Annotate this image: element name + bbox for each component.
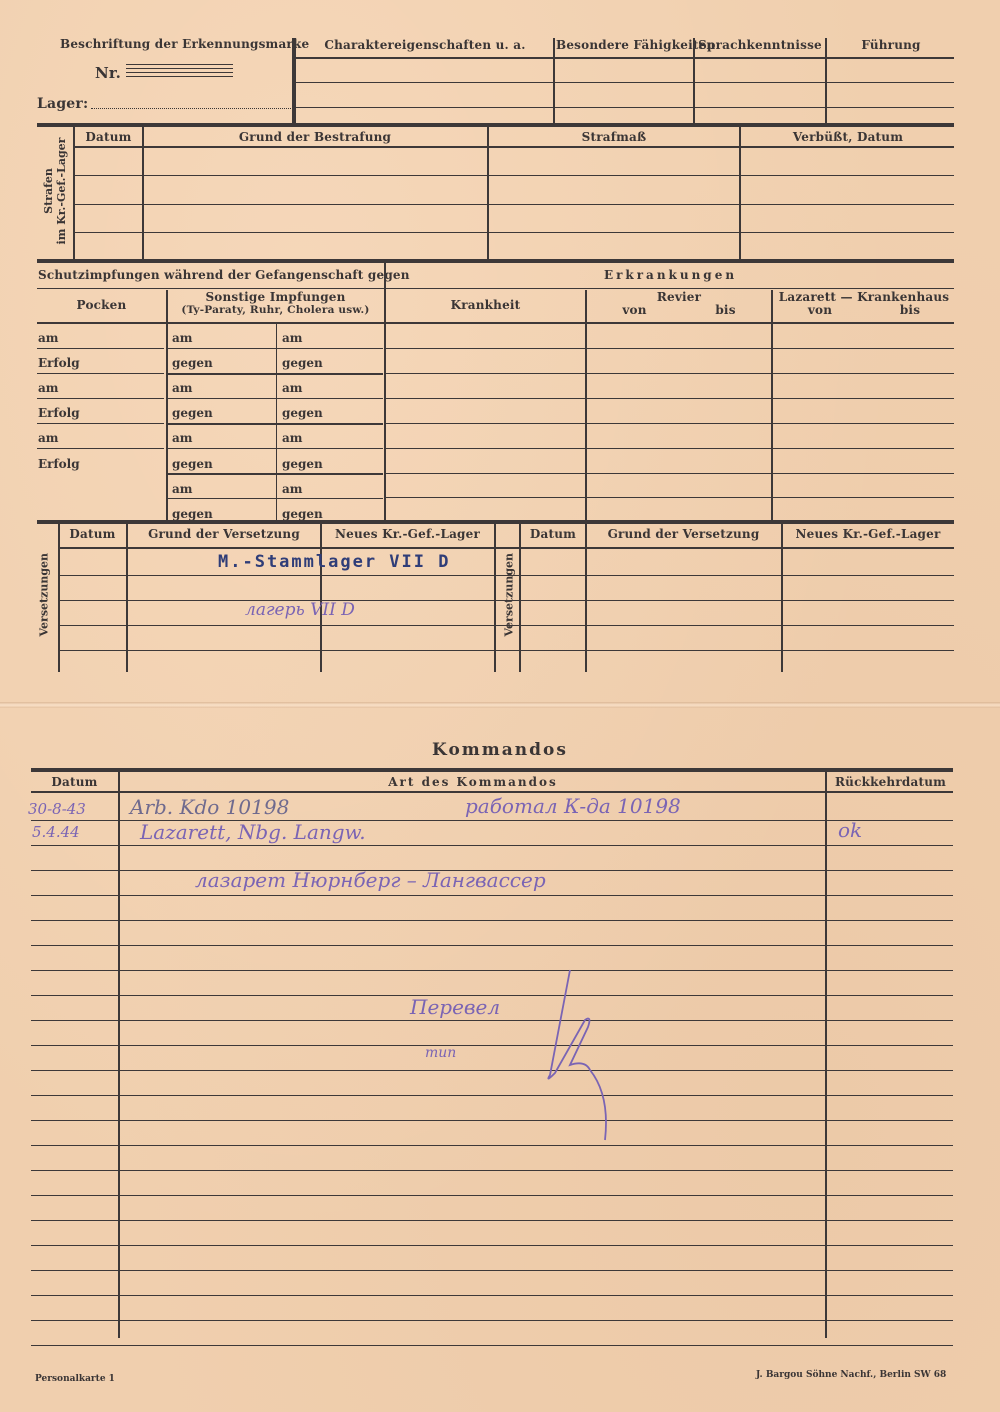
row-line <box>31 1170 953 1171</box>
header-rule <box>75 146 954 148</box>
row-line <box>75 232 954 233</box>
row-line <box>31 1270 953 1271</box>
kommandos-title: Kommandos <box>380 740 620 760</box>
col-fuehrung: Führung <box>828 38 954 52</box>
col-lazarett-label: Lazarett — Krankenhaus <box>774 291 954 304</box>
row-line <box>386 423 954 424</box>
entry-rueckkehr: ok <box>838 818 862 842</box>
footer-form-id: Personalkarte 1 <box>35 1374 115 1384</box>
row-line <box>31 1145 953 1146</box>
row-line <box>37 398 164 399</box>
sonstige-cell: gegen <box>282 457 323 471</box>
col-grund-versetzung-right: Grund der Versetzung <box>587 527 780 541</box>
bis-label: bis <box>715 304 735 317</box>
col-neues-lager-right: Neues Kr.-Gef.-Lager <box>783 527 953 541</box>
nr-label: Nr. <box>95 64 121 82</box>
divider <box>771 290 773 521</box>
pocken-cell: am <box>38 381 58 395</box>
row-line <box>31 845 953 846</box>
sonstige-cell: am <box>282 331 302 345</box>
col-sonstige-sublabel: (Ty-Paraty, Ruhr, Cholera usw.) <box>168 304 383 317</box>
lager-label: Lager: <box>37 96 88 112</box>
divider <box>825 770 827 1338</box>
lager-field[interactable] <box>91 108 291 109</box>
col-datum-right: Datum <box>521 527 585 541</box>
row-line <box>37 448 164 449</box>
col-art-des-kommandos: Art des Kommandos <box>121 775 825 789</box>
row-line <box>31 1245 953 1246</box>
row-line <box>168 423 383 425</box>
impfungen-title: Schutzimpfungen während der Gefangenscha… <box>38 268 383 282</box>
entry-extra-line: лазарет Нюрнберг – Лангвассер <box>195 868 546 892</box>
header-rule <box>37 322 954 324</box>
strafen-sublabel: im Kr.-Gef.-Lager <box>55 131 68 251</box>
entry-datum: 30-8-43 <box>28 800 86 818</box>
row-line <box>31 1295 953 1296</box>
row-line <box>31 1020 953 1021</box>
col-grund-bestrafung: Grund der Bestrafung <box>145 130 485 144</box>
col-charakter: Charaktereigenschaften u. a. <box>300 38 550 52</box>
divider <box>118 770 120 1338</box>
section-rule <box>31 768 953 772</box>
row-line <box>168 348 383 349</box>
strafen-label: Strafen <box>42 131 55 251</box>
sonstige-cell: gegen <box>282 406 323 420</box>
row-line <box>37 348 164 349</box>
row-line <box>168 473 383 475</box>
sonstige-cell: gegen <box>172 356 213 370</box>
col-lazarett: Lazarett — Krankenhaus vonbis <box>774 291 954 317</box>
sonstige-cell: am <box>282 431 302 445</box>
pocken-cell: Erfolg <box>38 356 80 370</box>
entry-art: Lazarett, Nbg. Langw. <box>140 820 366 844</box>
row-line <box>31 1045 953 1046</box>
row-line <box>31 1345 953 1346</box>
col-datum-left: Datum <box>60 527 125 541</box>
divider <box>292 38 296 124</box>
col-sonstige: Sonstige Impfungen (Ty-Paraty, Ruhr, Cho… <box>168 291 383 317</box>
col-sprachkenntnisse: Sprachkenntnisse <box>696 38 824 52</box>
row-line <box>386 473 954 474</box>
nr-line <box>126 68 233 69</box>
header-rule <box>60 547 954 549</box>
handwritten-lager: лагерь VII D <box>245 600 355 620</box>
row-line <box>31 1195 953 1196</box>
signature-scribble-icon <box>530 965 630 1145</box>
sonstige-cell: am <box>172 381 192 395</box>
von-label: von <box>622 304 646 317</box>
sonstige-cell: gegen <box>172 457 213 471</box>
row-line <box>168 398 383 399</box>
row-line <box>37 423 164 424</box>
row-line <box>60 600 954 601</box>
row-line <box>60 625 954 626</box>
row-line <box>386 448 954 449</box>
col-kommando-datum: Datum <box>31 775 118 789</box>
row-line <box>295 82 954 83</box>
col-strafmass: Strafmaß <box>490 130 738 144</box>
bis-label: bis <box>900 304 920 317</box>
pocken-cell: Erfolg <box>38 457 80 471</box>
divider <box>693 38 695 124</box>
col-verbuesst: Verbüßt, Datum <box>742 130 954 144</box>
row-line <box>31 1220 953 1221</box>
entry-note: работал К-да 10198 <box>465 794 681 818</box>
row-line <box>31 1320 953 1321</box>
row-line <box>37 373 164 374</box>
von-label: von <box>808 304 832 317</box>
col-krankheit: Krankheit <box>387 298 584 312</box>
section-rule <box>37 123 954 127</box>
row-line <box>386 373 954 374</box>
section-rule <box>37 259 954 263</box>
signature-text: Перевел <box>410 995 500 1019</box>
sonstige-cell: am <box>172 482 192 496</box>
col-lazarett-sub: vonbis <box>774 304 954 317</box>
nr-line <box>126 72 233 73</box>
row-line <box>75 175 954 176</box>
sonstige-cell: am <box>172 331 192 345</box>
col-pocken: Pocken <box>38 298 165 312</box>
row-line <box>31 1070 953 1071</box>
col-revier: Revier vonbis <box>588 291 770 317</box>
row-line <box>168 373 383 375</box>
row-line <box>31 920 953 921</box>
col-revier-label: Revier <box>588 291 770 304</box>
col-rueckkehrdatum: Rückkehrdatum <box>828 775 953 789</box>
divider <box>166 290 168 521</box>
sonstige-cell: gegen <box>172 507 213 521</box>
divider <box>384 263 386 521</box>
col-faehigkeiten: Besondere Fähigkeiten <box>556 38 692 52</box>
paper-fold <box>0 702 1000 708</box>
row-line <box>31 970 953 971</box>
nr-line <box>126 76 233 77</box>
row-line <box>31 945 953 946</box>
header-rule <box>295 57 954 59</box>
strafen-side-label: Strafen im Kr.-Gef.-Lager <box>42 131 68 251</box>
sonstige-cell: am <box>282 482 302 496</box>
erkennungsmarke-title: Beschriftung der Erkennungsmarke <box>60 37 270 51</box>
row-line <box>295 107 954 108</box>
entry-datum: 5.4.44 <box>32 823 80 841</box>
nr-line <box>126 64 233 65</box>
footer-printer: J. Bargou Söhne Nachf., Berlin SW 68 <box>756 1370 946 1380</box>
row-line <box>31 1120 953 1121</box>
stammlager-stamp: M.-Stammlager VII D <box>218 552 450 572</box>
header-rule <box>31 791 953 793</box>
pocken-cell: am <box>38 331 58 345</box>
row-line <box>60 650 954 651</box>
sonstige-cell: gegen <box>282 507 323 521</box>
row-line <box>386 497 954 498</box>
pocken-cell: am <box>38 431 58 445</box>
col-revier-sub: vonbis <box>588 304 770 317</box>
entry-art: Arb. Kdo 10198 <box>130 795 289 819</box>
col-grund-versetzung-left: Grund der Versetzung <box>128 527 320 541</box>
sonstige-cell: am <box>282 381 302 395</box>
col-sonstige-label: Sonstige Impfungen <box>168 291 383 304</box>
sonstige-cell: gegen <box>172 406 213 420</box>
row-line <box>386 398 954 399</box>
divider <box>553 38 555 124</box>
pocken-cell: Erfolg <box>38 406 80 420</box>
row-line <box>168 498 383 499</box>
col-neues-lager-left: Neues Kr.-Gef.-Lager <box>322 527 493 541</box>
versetzungen-side-label-left: Versetzungen <box>38 557 51 637</box>
row-line <box>31 895 953 896</box>
row-line <box>31 1095 953 1096</box>
row-line <box>386 348 954 349</box>
col-datum: Datum <box>76 130 141 144</box>
divider <box>825 38 827 124</box>
signature-subtext: тип <box>425 1045 456 1061</box>
erkrankungen-title: Erkrankungen <box>387 268 954 282</box>
divider <box>585 290 587 521</box>
row-line <box>168 448 383 449</box>
sonstige-cell: gegen <box>282 356 323 370</box>
sonstige-cell: am <box>172 431 192 445</box>
row-line <box>60 575 954 576</box>
row-line <box>75 204 954 205</box>
header-rule <box>37 288 954 289</box>
